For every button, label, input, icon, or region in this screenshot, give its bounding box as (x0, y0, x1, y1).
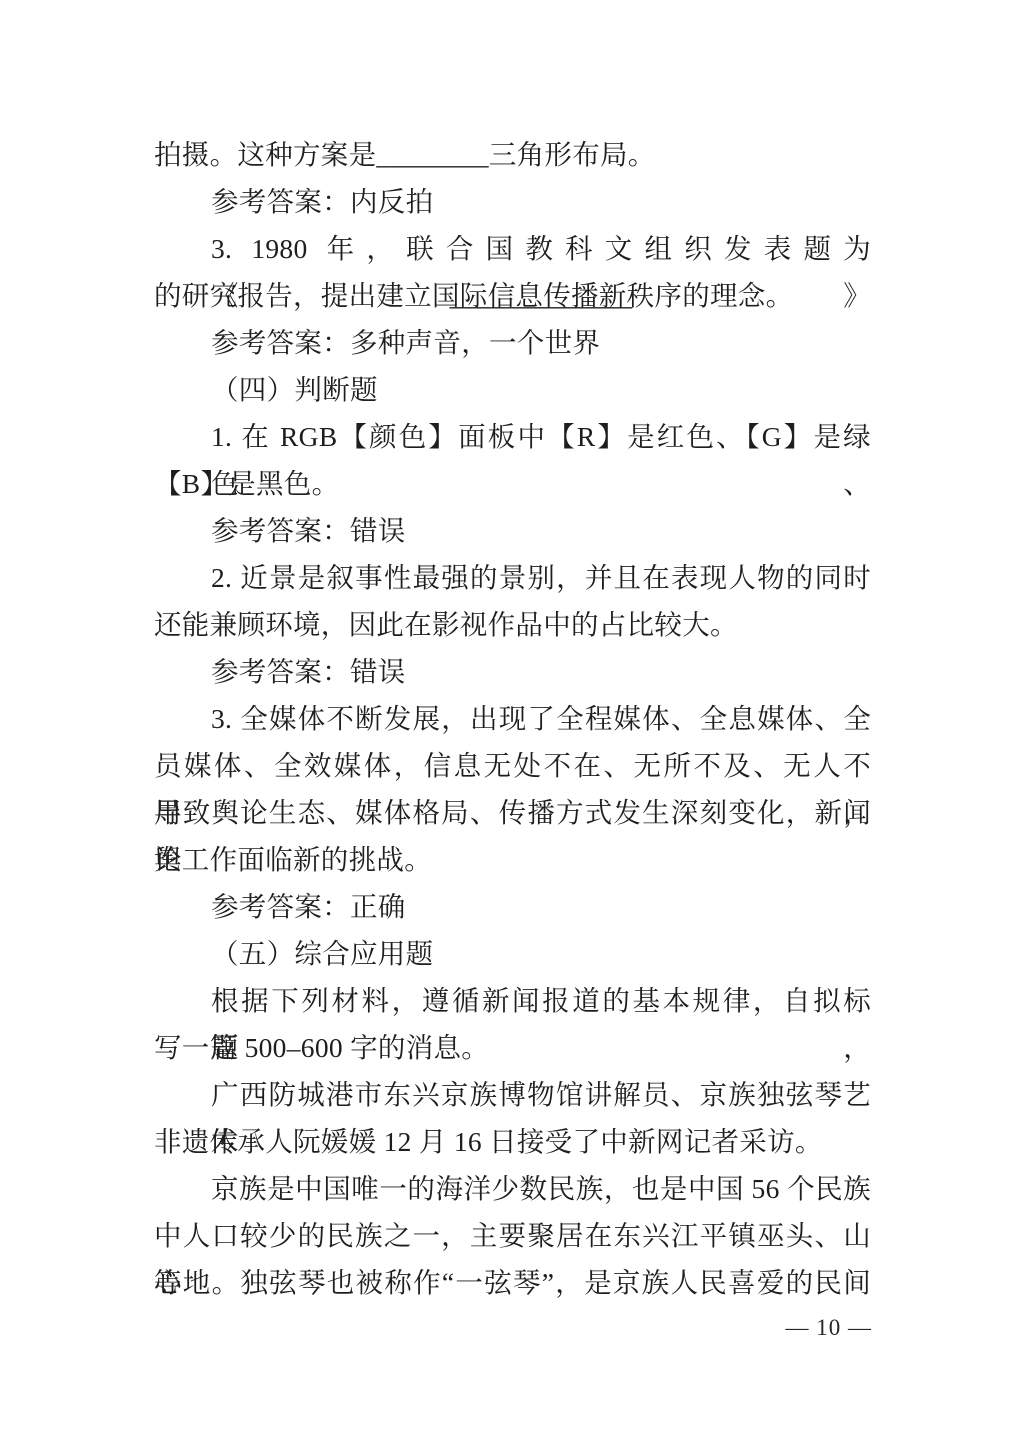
text-line: 的研究报告，提出建立国际信息传播新秩序的理念。 (154, 272, 871, 319)
answer-line: 参考答案：错误 (154, 507, 871, 554)
document-page: 拍摄。这种方案是________三角形布局。参考答案：内反拍3. 1980 年，… (0, 0, 1024, 1447)
text-line: 拍摄。这种方案是________三角形布局。 (154, 131, 871, 178)
text-line: 中人口较少的民族之一，主要聚居在东兴江平镇巫头、山心 (154, 1212, 871, 1259)
answer-line: 参考答案：多种声音，一个世界 (154, 319, 871, 366)
text-line: 等地。独弦琴也被称作“一弦琴”，是京族人民喜爱的民间 (154, 1259, 871, 1306)
answer-line: 参考答案：正确 (154, 883, 871, 930)
question-line: 根据下列材料，遵循新闻报道的基本规律，自拟标题， (154, 977, 871, 1024)
text-line: 员媒体、全效媒体，信息无处不在、无所不及、无人不用， (154, 742, 871, 789)
section-heading: （四）判断题 (154, 366, 871, 413)
text-line: 广西防城港市东兴京族博物馆讲解员、京族独弦琴艺术 (154, 1071, 871, 1118)
text-line: 非遗传承人阮媛媛 12 月 16 日接受了中新网记者采访。 (154, 1118, 871, 1165)
text-line: 京族是中国唯一的海洋少数民族，也是中国 56 个民族 (154, 1165, 871, 1212)
page-number: — 10 — (786, 1313, 873, 1343)
text-line: 导致舆论生态、媒体格局、传播方式发生深刻变化，新闻舆 (154, 789, 871, 836)
answer-line: 参考答案：错误 (154, 648, 871, 695)
document-body: 拍摄。这种方案是________三角形布局。参考答案：内反拍3. 1980 年，… (154, 131, 871, 1306)
question-line: 2. 近景是叙事性最强的景别，并且在表现人物的同时 (154, 554, 871, 601)
question-line: 3. 全媒体不断发展，出现了全程媒体、全息媒体、全 (154, 695, 871, 742)
text-line: 论工作面临新的挑战。 (154, 836, 871, 883)
text-line: 还能兼顾环境，因此在影视作品中的占比较大。 (154, 601, 871, 648)
section-heading: （五）综合应用题 (154, 930, 871, 977)
question-line: 3. 1980 年，联合国教科文组织发表题为《_____________》 (154, 225, 871, 272)
answer-line: 参考答案：内反拍 (154, 178, 871, 225)
question-line: 1. 在 RGB【颜色】面板中【R】是红色、【G】是绿色、 (154, 413, 871, 460)
